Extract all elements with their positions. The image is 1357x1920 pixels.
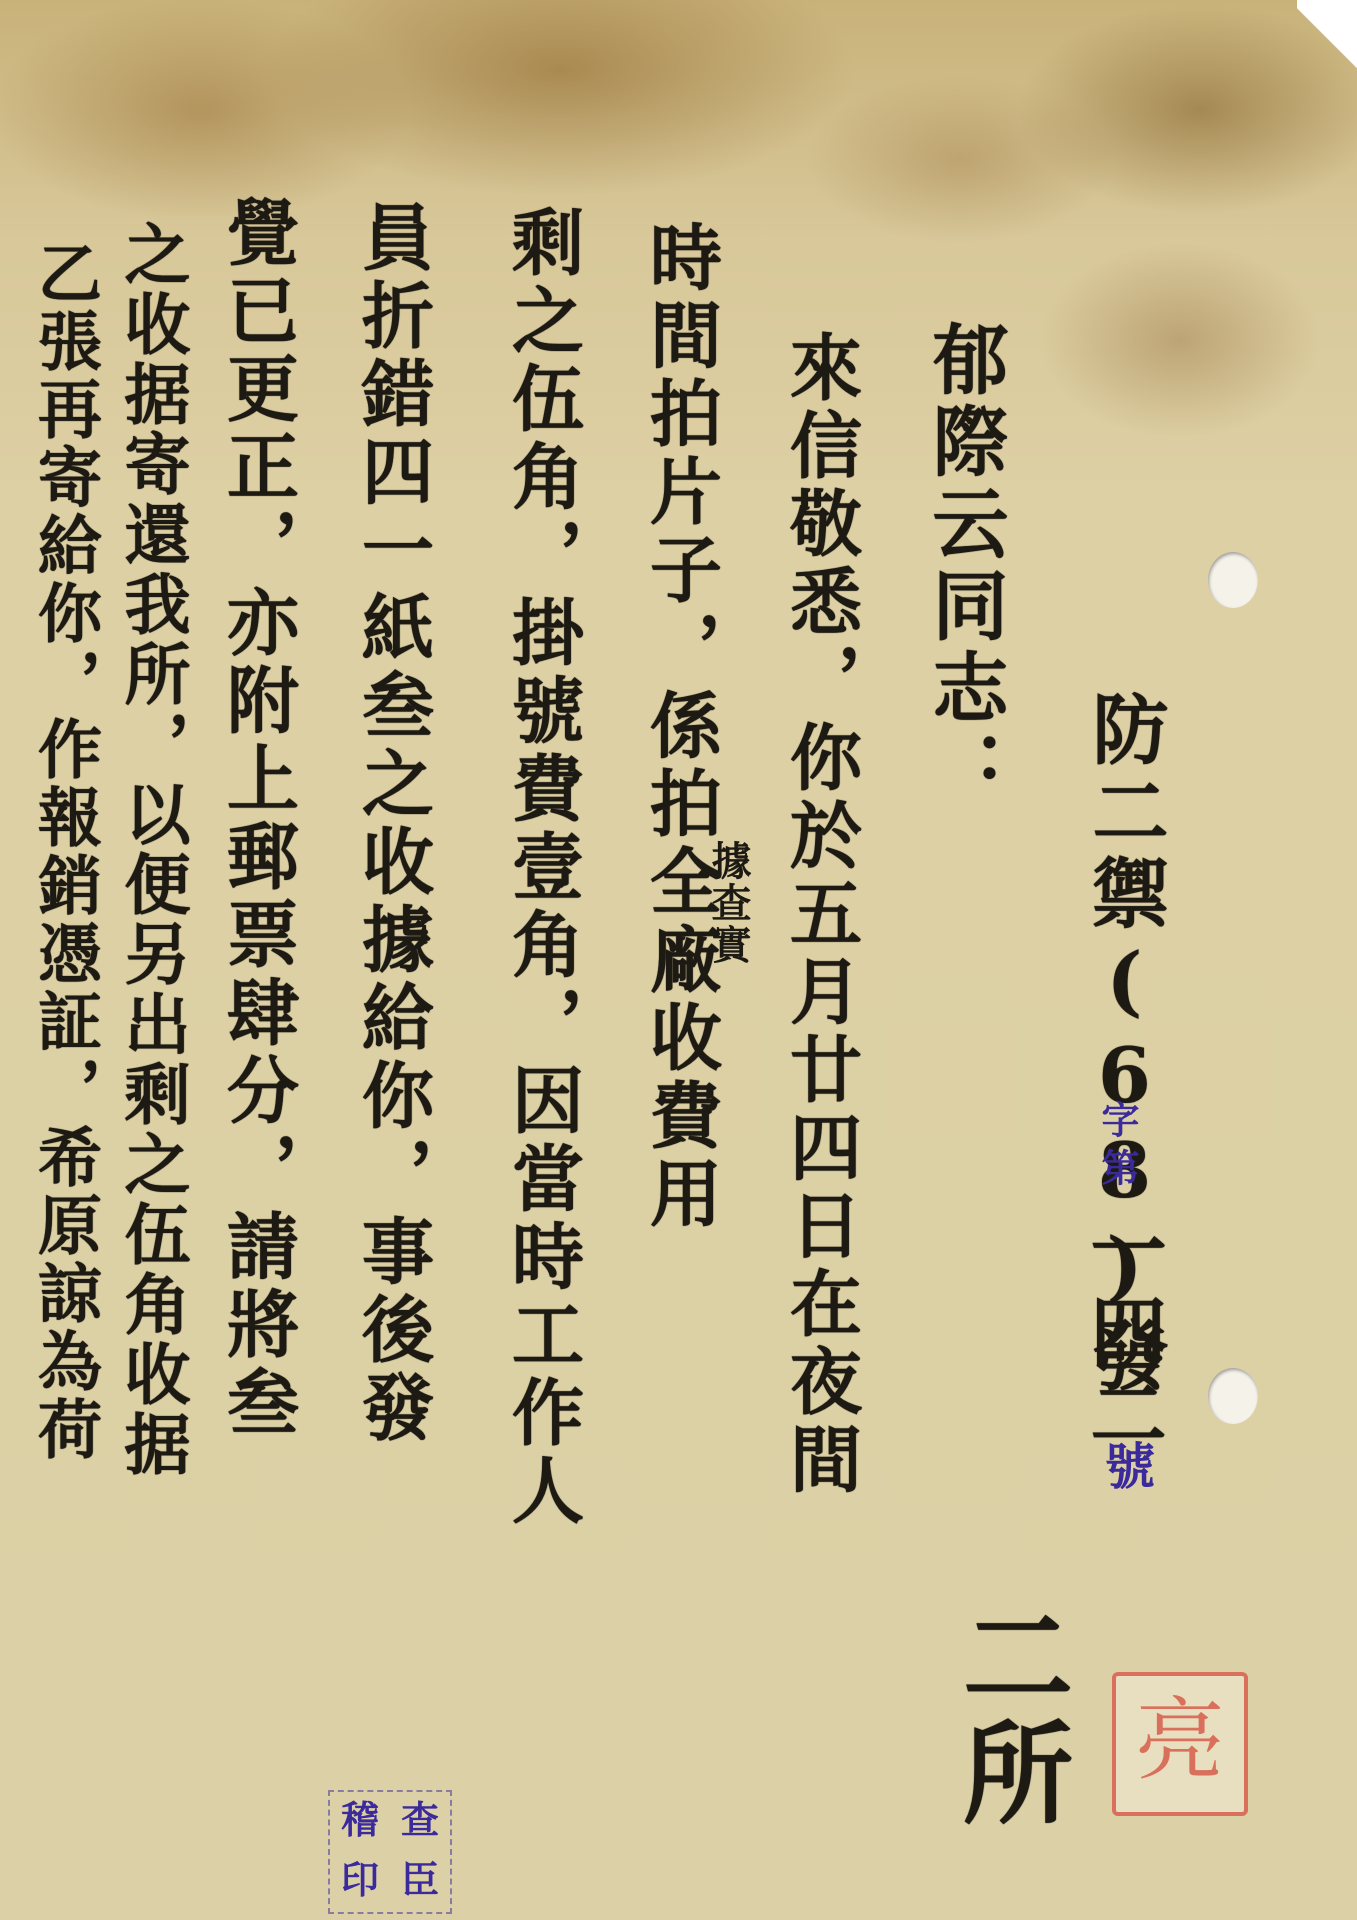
margin-annotation: 據查實: [700, 840, 757, 966]
signature: 二所: [930, 1600, 1088, 1832]
stamp-char-4: 臣: [390, 1852, 450, 1912]
inspection-stamp: 稽 查 印 臣: [328, 1790, 452, 1914]
reference-stamp-text: 字第: [1090, 1100, 1145, 1196]
stamp-char-2: 查: [390, 1792, 450, 1852]
red-seal: 亮: [1112, 1672, 1248, 1816]
body-column-2: 時間拍片子，係拍全廠收費用: [628, 220, 732, 1234]
body-column-3: 剩之伍角，掛號費壹角，因當時工作人: [490, 205, 594, 1531]
stamp-char-1: 稽: [330, 1792, 390, 1852]
punch-hole-top: [1208, 552, 1258, 608]
body-column-6: 之收据寄還我所，以便另出剩之伍角收据: [105, 220, 200, 1480]
letter-page: 防二禦(68)發 字第 一四二 號 郁際云同志： 來信敬悉，你於五月廿四日在夜間…: [0, 0, 1357, 1920]
salutation: 郁際云同志：: [910, 320, 1019, 812]
body-column-7: 乙張再寄給你，作報銷憑証，希原諒為荷: [18, 240, 110, 1464]
stamp-char-3: 印: [330, 1852, 390, 1912]
body-column-4: 員折錯四一紙叁之收據給你，事後發: [340, 200, 444, 1448]
body-column-5: 覺已更正，亦附上郵票肆分，請將叁: [205, 195, 309, 1443]
punch-hole-bottom: [1208, 1368, 1258, 1424]
reference-number: 一四二: [1068, 1210, 1177, 1456]
reference-suffix-stamp: 號: [1090, 1440, 1162, 1490]
body-column-1: 來信敬悉，你於五月廿四日在夜間: [768, 330, 872, 1500]
